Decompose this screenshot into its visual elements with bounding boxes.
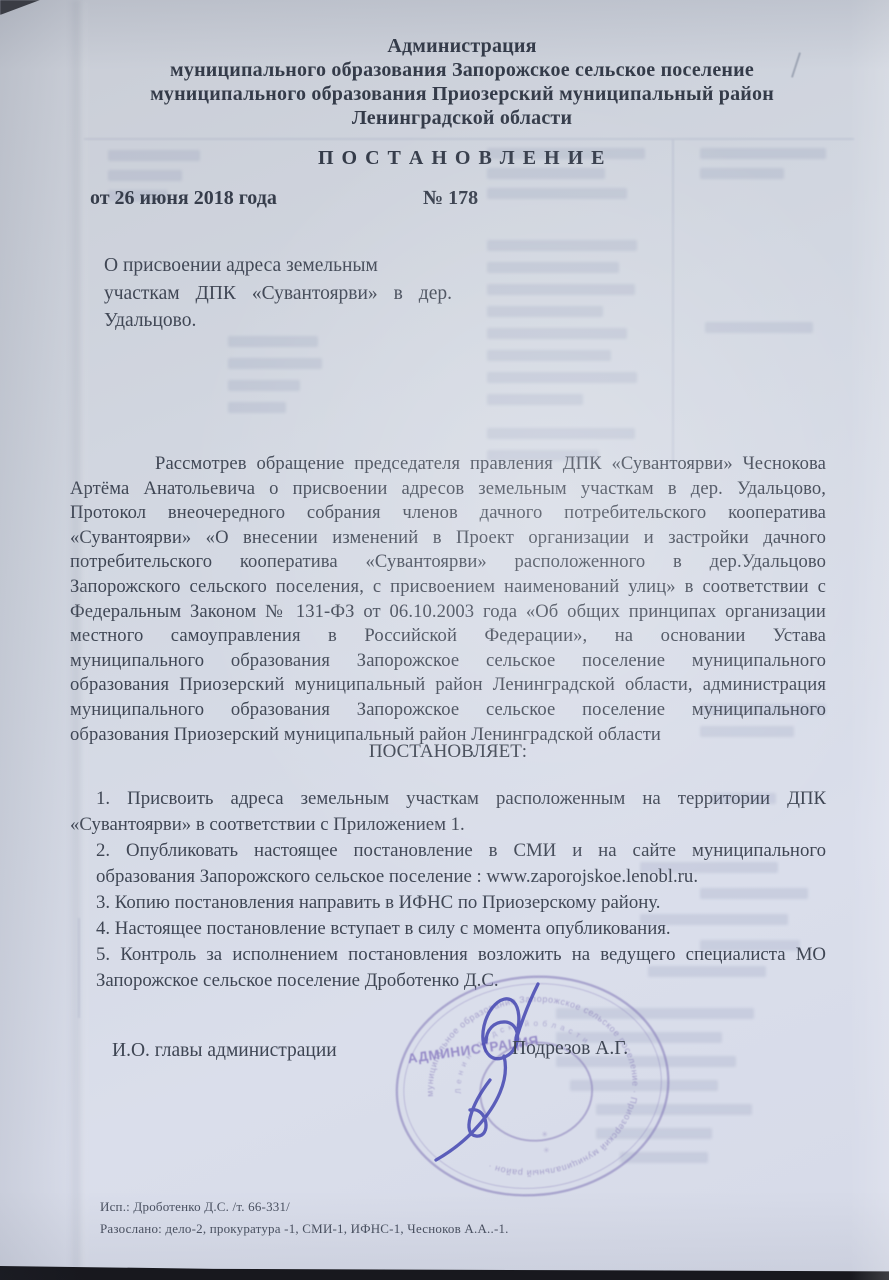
resolution-item-4: 4. Настоящее постановление вступает в си… bbox=[96, 916, 826, 942]
signatory-title: И.О. главы администрации bbox=[112, 1040, 337, 1062]
ghost-text-row bbox=[487, 372, 637, 383]
signatory-name: Подрезов А.Г. bbox=[512, 1038, 628, 1060]
resolution-items: 1. Присвоить адреса земельным участкам р… bbox=[70, 786, 826, 994]
ghost-text-row bbox=[487, 240, 637, 251]
ghost-table-line bbox=[672, 140, 674, 462]
preamble-line-11: муниципального образования Запорожское с… bbox=[70, 698, 826, 723]
footer-executor: Исп.: Дроботенко Д.С. /т. 66-331/ bbox=[100, 1199, 290, 1215]
ghost-text-row bbox=[487, 394, 583, 405]
preamble-line-8: местного самоуправления в Российской Фед… bbox=[70, 624, 826, 649]
ghost-text-row bbox=[487, 428, 635, 439]
subject-line-2: участкам ДПК «Сувантоярви» в дер. bbox=[104, 280, 452, 308]
subject-block: О присвоении адреса земельным участкам Д… bbox=[104, 252, 452, 335]
preamble-line-4: «Сувантоярви» «О внесении изменений в Пр… bbox=[70, 526, 826, 551]
authority-line-4: Ленинградской области bbox=[35, 106, 889, 130]
resolution-heading: ПОСТАНОВЛЯЕТ: bbox=[70, 741, 826, 763]
authority-line-3: муниципального образования Приозерский м… bbox=[35, 82, 889, 106]
authority-line-1: Администрация bbox=[35, 34, 889, 58]
ghost-text-row bbox=[487, 262, 619, 273]
scan-artifact-bottom-edge bbox=[0, 1262, 889, 1280]
footer-distribution: Разослано: дело-2, прокуратура -1, СМИ-1… bbox=[100, 1221, 509, 1237]
resolution-item-1: 1. Присвоить адреса земельным участкам р… bbox=[70, 786, 826, 838]
ghost-text-row bbox=[487, 284, 635, 295]
ghost-text-row bbox=[228, 380, 300, 391]
resolution-item-2: 2. Опубликовать настоящее постановление … bbox=[96, 838, 826, 890]
ghost-text-row bbox=[228, 402, 286, 413]
preamble-line-6: Запорожского сельского поселения, с прис… bbox=[70, 575, 826, 600]
preamble-line-2: Артёма Анатольевича о присвоении адресов… bbox=[70, 477, 826, 502]
ghost-text-row bbox=[487, 350, 611, 361]
scan-artifact-corner bbox=[0, 0, 40, 15]
ghost-text-row bbox=[487, 188, 627, 199]
subject-line-1: О присвоении адреса земельным bbox=[104, 252, 452, 280]
ghost-text-row bbox=[487, 328, 627, 339]
preamble-line-5: потребительского кооператива «Сувантоярв… bbox=[70, 550, 826, 575]
preamble-line-9: муниципального образования Запорожское с… bbox=[70, 649, 826, 674]
ghost-text-row bbox=[487, 306, 603, 317]
preamble-line-7: Федеральным Законом № 131-ФЗ от 06.10.20… bbox=[70, 600, 826, 625]
ghost-text-row bbox=[228, 336, 318, 347]
ghost-text-row bbox=[108, 170, 182, 181]
preamble-line-1: Рассмотрев обращение председателя правле… bbox=[70, 452, 826, 477]
document-page: Администрация муниципального образования… bbox=[0, 0, 889, 1280]
ghost-text-row bbox=[228, 358, 322, 369]
authority-line-2: муниципального образования Запорожское с… bbox=[35, 58, 889, 82]
ghost-table-line bbox=[84, 138, 854, 140]
date-line: от 26 июня 2018 года bbox=[90, 187, 277, 210]
doc-type-title: П О С Т А Н О В Л Е Н И Е bbox=[35, 147, 889, 170]
preamble-line-3: Протокол внеочередного собрания членов д… bbox=[70, 501, 826, 526]
ink-signature bbox=[392, 968, 582, 1173]
signature-stroke bbox=[436, 1056, 505, 1160]
subject-line-3: Удальцово. bbox=[104, 307, 452, 335]
resolution-item-3: 3. Копию постановления направить в ИФНС … bbox=[96, 890, 826, 916]
header-authority: Администрация муниципального образования… bbox=[35, 34, 889, 130]
ghost-text-row bbox=[705, 322, 813, 333]
doc-number: № 178 bbox=[423, 187, 478, 210]
preamble-line-10: образования Приозерский муниципальный ра… bbox=[70, 673, 826, 698]
preamble: Рассмотрев обращение председателя правле… bbox=[70, 452, 826, 747]
signature-stroke bbox=[469, 1080, 490, 1136]
